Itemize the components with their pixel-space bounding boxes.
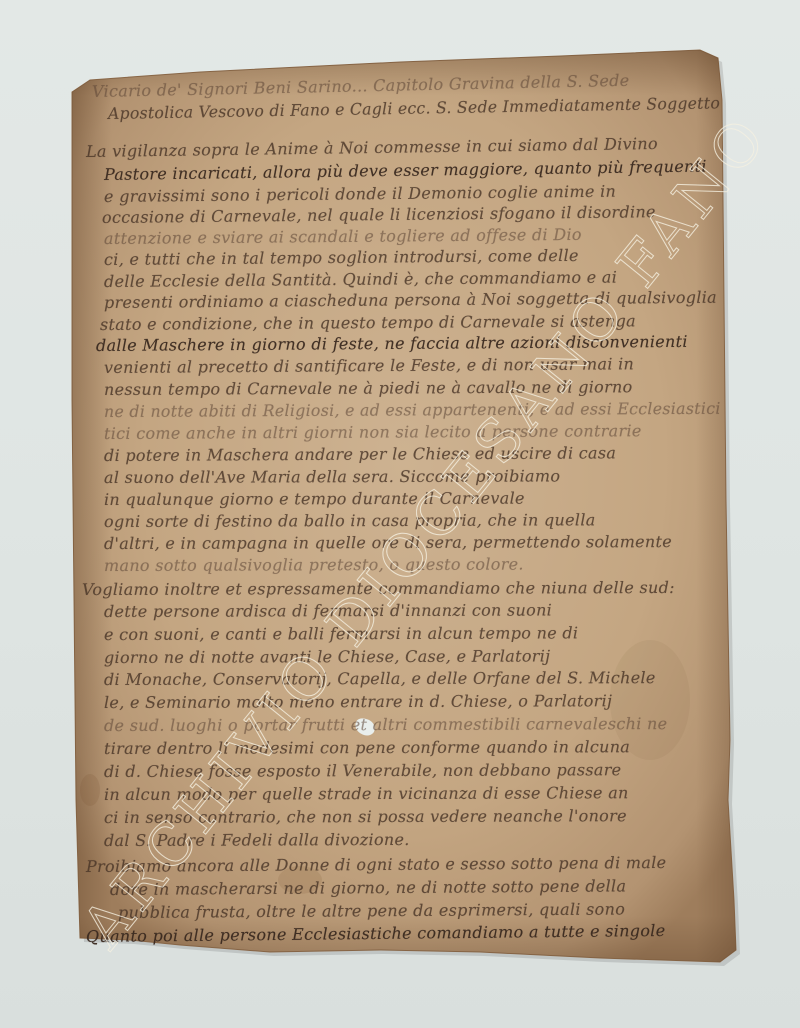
text-line: de sud. luoghi o portar frutti et altri …	[104, 714, 667, 735]
text-line: in alcun modo per quelle strade in vicin…	[104, 783, 629, 804]
text-line: ne di notte abiti di Religiosi, e ad ess…	[104, 399, 721, 421]
text-line: presenti ordiniamo a ciascheduna persona…	[104, 288, 717, 312]
text-line: Vogliamo inoltre et espressamente comman…	[82, 578, 675, 599]
text-line: le, e Seminario molto meno entrare in d.…	[104, 691, 612, 712]
text-line: delle Ecclesie della Santità. Quindi è, …	[104, 268, 617, 291]
text-line: e gravissimi sono i pericoli donde il De…	[104, 182, 616, 206]
text-line: di potere in Maschera andare per le Chie…	[104, 443, 616, 465]
text-line: dal S. Padre i Fedeli dalla divozione.	[104, 830, 410, 850]
text-line: attenzione e sviare ai scandali e toglie…	[104, 225, 582, 248]
text-line: di d. Chiese fosse esposto il Venerabile…	[104, 760, 621, 781]
text-line: ci in senso contrario, che non si possa …	[104, 806, 627, 827]
manuscript-text: Vicario de' Signori Beni Sarino... Capit…	[0, 0, 800, 1028]
text-line: tirare dentro li medesimi con pene confo…	[104, 737, 630, 758]
text-line: tici come anche in altri giorni non sia …	[104, 421, 642, 443]
text-line: Quanto poi alle persone Ecclesiastiche c…	[86, 921, 666, 946]
text-line: e con suoni, e canti e balli fermarsi in…	[104, 623, 578, 644]
text-line: pubblica frusta, oltre le altre pene da …	[118, 899, 625, 922]
text-line: ogni sorte di festino da ballo in casa p…	[104, 510, 596, 531]
text-line: nessun tempo di Carnevale ne à piedi ne …	[104, 377, 633, 399]
text-line: occasione di Carnevale, nel quale li lic…	[102, 202, 656, 227]
text-line: Pastore incaricati, allora più deve esse…	[104, 157, 707, 184]
text-line: al suono dell'Ave Maria della sera. Sicc…	[104, 466, 560, 487]
text-line: mano sotto qualsivoglia pretesto, o ques…	[104, 555, 524, 575]
text-line: Proibiamo ancora alle Donne di ogni stat…	[86, 853, 666, 876]
text-line: in qualunque giorno e tempo durante il C…	[104, 489, 525, 509]
text-line: venienti al precetto di santificare le F…	[104, 354, 634, 377]
text-line: giorno ne di notte avanti le Chiese, Cas…	[104, 646, 550, 667]
text-line: dalle Maschere in giorno di feste, ne fa…	[96, 332, 688, 355]
text-line: dore in mascherarsi ne di giorno, ne di …	[110, 876, 626, 899]
text-line: dette persone ardisca di fermarsi d'inna…	[104, 600, 552, 621]
text-line: di Monache, Conservatorij, Capella, e de…	[104, 668, 656, 689]
text-line: d'altri, e in campagna in quelle ore di …	[104, 532, 672, 553]
text-line: La vigilanza sopra le Anime à Noi commes…	[86, 134, 658, 161]
manuscript-photo: Vicario de' Signori Beni Sarino... Capit…	[0, 0, 800, 1028]
text-line: stato e condizione, che in questo tempo …	[100, 311, 636, 334]
text-line: ci, e tutti che in tal tempo soglion int…	[104, 246, 579, 269]
